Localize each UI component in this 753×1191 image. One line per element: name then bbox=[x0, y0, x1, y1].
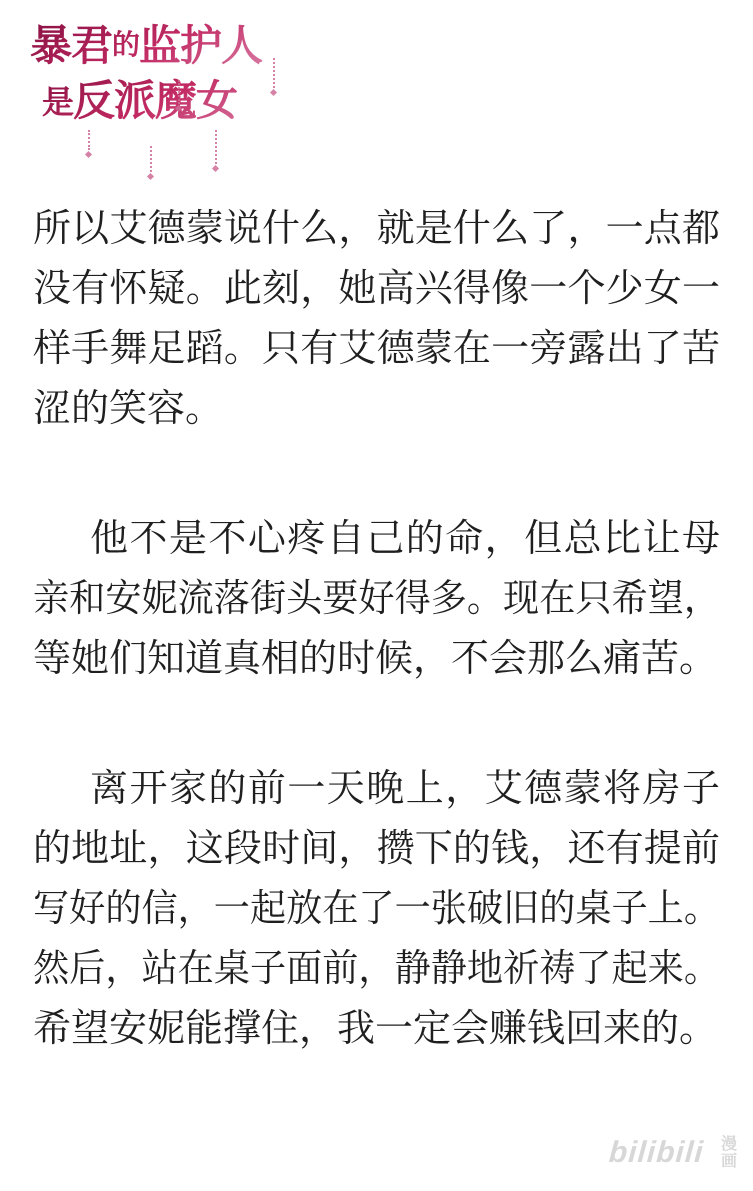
series-title-logo: 暴君的监护人 是反派魔女 bbox=[30, 18, 290, 143]
sparkle-decoration-icon bbox=[178, 80, 180, 104]
sparkle-decoration-icon bbox=[150, 146, 152, 172]
manga-badge-char-top: 漫 bbox=[721, 1136, 737, 1153]
novel-page: 暴君的监护人 是反派魔女 所以艾德蒙说什么，就是什么了，一点都没有怀疑。此刻，她… bbox=[0, 0, 753, 1191]
text-line: 样手舞足蹈。只有艾德蒙在一旁露出了苦 bbox=[33, 319, 720, 379]
bilibili-logo-text: bilibili bbox=[608, 1136, 705, 1170]
paragraph: 所以艾德蒙说什么，就是什么了，一点都没有怀疑。此刻，她高兴得像一个少女一样手舞足… bbox=[33, 199, 720, 439]
logo-text-right: 监护人 bbox=[139, 24, 262, 70]
sparkle-decoration-icon bbox=[215, 130, 217, 164]
text-line: 亲和安妮流落街头要好得多。现在只希望， bbox=[33, 569, 687, 629]
manga-badge-char-bottom: 画 bbox=[721, 1153, 737, 1170]
sparkle-decoration-icon bbox=[273, 58, 275, 88]
text-line: 写好的信，一起放在了一张破旧的桌子上。 bbox=[33, 879, 687, 939]
logo-text-main: 反派魔女 bbox=[73, 79, 237, 125]
text-line: 所以艾德蒙说什么，就是什么了，一点都 bbox=[33, 199, 720, 259]
text-line: 希望安妮能撑住，我一定会赚钱回来的。 bbox=[33, 999, 720, 1059]
text-line: 等她们知道真相的时候，不会那么痛苦。 bbox=[33, 629, 720, 689]
logo-text-left: 暴君 bbox=[30, 24, 112, 70]
text-line: 的地址，这段时间，攒下的钱，还有提前 bbox=[33, 819, 720, 879]
text-line: 他不是不心疼自己的命，但总比让母 bbox=[33, 509, 720, 569]
paragraph: 他不是不心疼自己的命，但总比让母亲和安妮流落街头要好得多。现在只希望，等她们知道… bbox=[33, 509, 720, 689]
text-line: 没有怀疑。此刻，她高兴得像一个少女一 bbox=[33, 259, 720, 319]
text-line: 离开家的前一天晚上，艾德蒙将房子 bbox=[33, 759, 720, 819]
logo-text-particle-2: 是 bbox=[42, 84, 73, 120]
logo-title-line-2: 是反派魔女 bbox=[30, 75, 290, 130]
sparkle-decoration-icon bbox=[88, 130, 90, 150]
manga-badge-icon: 漫 画 bbox=[711, 1135, 747, 1171]
logo-title-line-1: 暴君的监护人 bbox=[30, 18, 290, 75]
bilibili-watermark: bilibili 漫 画 bbox=[609, 1135, 747, 1171]
paragraph: 离开家的前一天晚上，艾德蒙将房子的地址，这段时间，攒下的钱，还有提前写好的信，一… bbox=[33, 759, 720, 1059]
text-line: 然后，站在桌子面前，静静地祈祷了起来。 bbox=[33, 939, 687, 999]
text-line: 涩的笑容。 bbox=[33, 379, 720, 439]
logo-text-particle: 的 bbox=[112, 30, 139, 61]
body-text: 所以艾德蒙说什么，就是什么了，一点都没有怀疑。此刻，她高兴得像一个少女一样手舞足… bbox=[33, 199, 720, 1059]
